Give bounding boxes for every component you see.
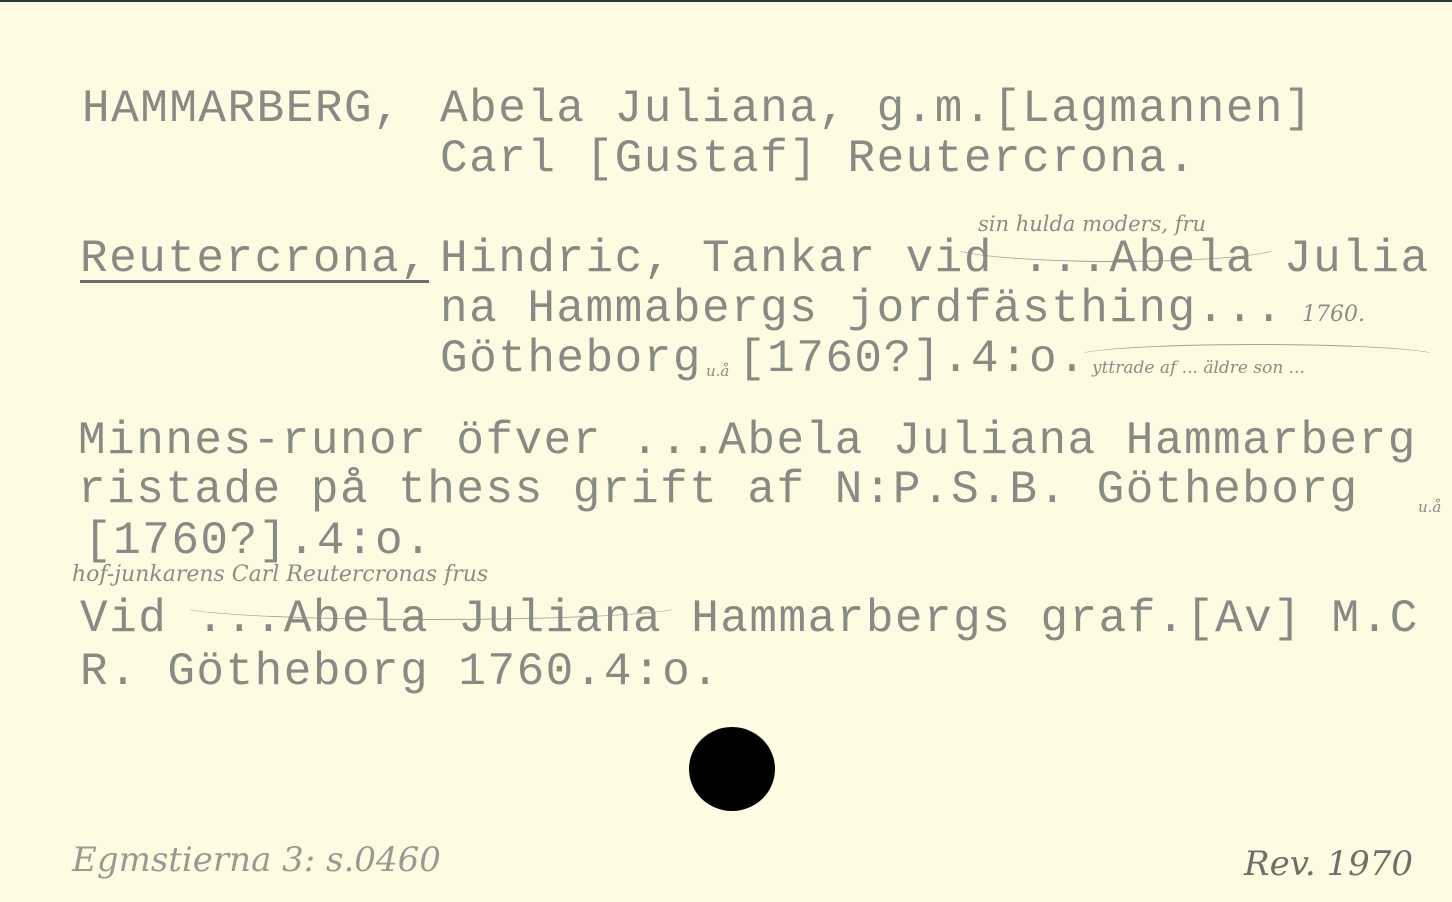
footer-revision-note: Rev. 1970: [1244, 844, 1413, 884]
entry1-line2: Carl [Gustaf] Reutercrona.: [440, 134, 1197, 184]
punch-hole: [689, 727, 775, 811]
entry1-line1: Abela Juliana, g.m.[Lagmannen]: [440, 84, 1313, 134]
entry2-heading: Reutercrona,: [80, 234, 429, 283]
entry2-line3: Götheborg: [440, 334, 702, 384]
entry4-line2: R. Götheborg 1760.4:o.: [80, 647, 720, 697]
catalog-card: HAMMARBERG, Abela Juliana, g.m.[Lagmanne…: [0, 0, 1452, 902]
entry4-line1: Vid ...Abela Juliana Hammarbergs graf.[A…: [80, 594, 1419, 644]
entry3-line3: [1760?].4:o.: [84, 516, 433, 566]
entry3-line2: ristade på thess grift af N:P.S.B. Göthe…: [78, 465, 1359, 515]
entry2-line3-rest: [1760?].4:o.: [738, 334, 1087, 384]
entry2-line1: Hindric, Tankar vid ...Abela Julia: [440, 234, 1430, 284]
entry1-heading: HAMMARBERG,: [82, 84, 402, 134]
entry2-handwritten-ua: u.å: [706, 362, 729, 380]
entry3-handwritten-ua: u.å: [1418, 498, 1441, 516]
entry4-handwritten-insert: hof-junkarens Carl Reutercronas frus: [72, 562, 488, 587]
entry2-handwritten-note: yttrade af ... äldre son ...: [1092, 358, 1305, 378]
entry2-handwritten-year: 1760.: [1302, 302, 1365, 327]
entry3-line1: Minnes-runor öfver ...Abela Juliana Hamm…: [78, 416, 1417, 466]
footer-left-note: Egmstierna 3: s.0460: [72, 840, 441, 880]
entry2-line2: na Hammabergs jordfästhing...: [440, 284, 1284, 334]
